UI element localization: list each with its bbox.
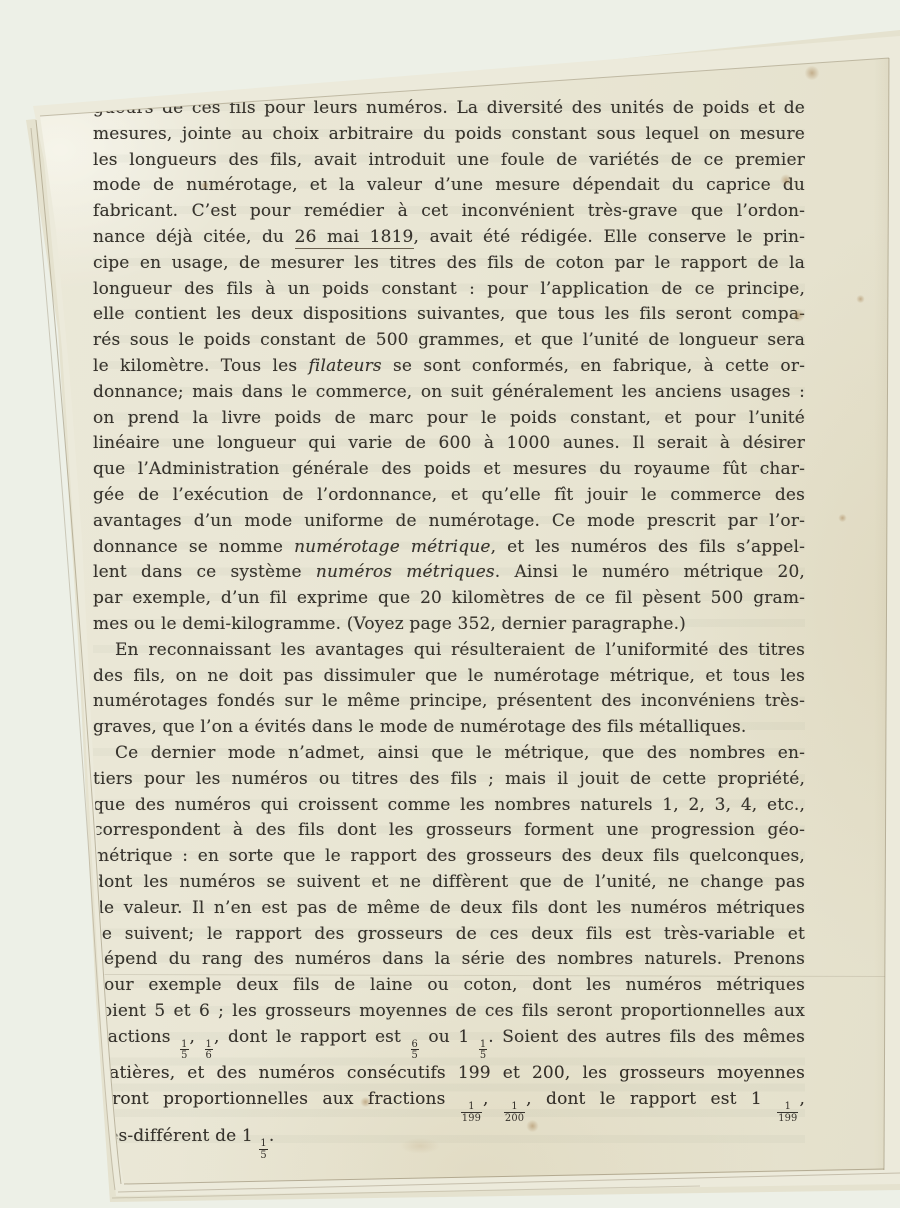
text-line: le kilomètre. Tous les filateurs se sont… [93,354,805,380]
text-line: En reconnaissant les avantages qui résul… [93,638,805,664]
text-line: les longueurs des fils, avait introduit … [93,148,805,174]
text-line: que l’Administration générale des poids … [93,457,805,483]
fraction: 15 [259,1139,267,1161]
text-line: se suivent; le rapport des grosseurs de … [93,922,805,948]
foxing-spot [838,514,847,522]
text-line: on prend la livre poids de marc pour le … [93,406,805,432]
text-line: correspondent à des fils dont les grosse… [93,818,805,844]
text-line: lent dans ce système numéros métriques. … [93,560,805,586]
text-line: fractions 15, 16, dont le rapport est 65… [93,1025,805,1062]
text-line: de valeur. Il n’en est pas de même de de… [93,896,805,922]
foxing-spot [526,1120,539,1132]
foxing-spot [856,295,865,303]
text-line: linéaire une longueur qui varie de 600 à… [93,431,805,457]
text-line: matières, et des numéros consécutifs 199… [93,1061,805,1087]
text-line: mesures, jointe au choix arbitraire du p… [93,122,805,148]
text-line: tiers pour les numéros ou titres des fil… [93,767,805,793]
text-line: fabricant. C’est pour remédier à cet inc… [93,199,805,225]
fraction: 15 [180,1040,188,1062]
text-line: numérotages fondés sur le même principe,… [93,689,805,715]
text-line: des fils, on ne doit pas dissimuler que … [93,664,805,690]
book-page: ( 12 ) gueurs de ces fils pour leurs num… [0,0,900,1208]
text-line: mes ou le demi-kilogramme. (Voyez page 3… [93,612,805,638]
page-text: gueurs de ces fils pour leurs numéros. L… [93,96,805,1160]
text-line: que des numéros qui croissent comme les … [93,793,805,819]
foxing-spot [360,1097,371,1107]
foxing-spot [200,181,210,190]
text-line: donnance; mais dans le commerce, on suit… [93,380,805,406]
text-line: avantages d’un mode uniforme de numérota… [93,509,805,535]
text-line: longueur des fils à un poids constant : … [93,277,805,303]
foxing-spot [780,174,792,186]
text-line: dépend du rang des numéros dans la série… [93,947,805,973]
text-line: soient 5 et 6 ; les grosseurs moyennes d… [93,999,805,1025]
text-line: graves, que l’on a évités dans le mode d… [93,715,805,741]
text-line: dont les numéros se suivent et ne diffèr… [93,870,805,896]
text-line: seront proportionnelles aux fractions 11… [93,1087,805,1124]
pen-underlined-text: 26 mai 1819 [295,227,414,249]
text-line: pour exemple deux fils de laine ou coton… [93,973,805,999]
scanned-book-photo: ( 12 ) gueurs de ces fils pour leurs num… [0,0,900,1208]
fraction: 16 [205,1040,213,1062]
fraction: 1200 [504,1102,525,1124]
text-line: très-différent de 1 15. [93,1124,805,1161]
fraction: 15 [479,1040,487,1062]
paper-stain [400,1138,440,1154]
fraction: 1199 [777,1102,798,1124]
fraction: 65 [411,1040,419,1062]
text-line: donnance se nomme numérotage métrique, e… [93,535,805,561]
italic-text: filateurs [308,356,381,376]
text-line: elle contient les deux dispositions suiv… [93,302,805,328]
foxing-spot [804,66,820,80]
text-line: Ce dernier mode n’admet, ainsi que le mé… [93,741,805,767]
italic-text: numérotage métrique [294,537,490,557]
text-line: nance déjà citée, du 26 mai 1819, avait … [93,225,805,251]
text-line: par exemple, d’un fil exprime que 20 kil… [93,586,805,612]
fraction: 1199 [461,1102,482,1124]
text-line: cipe en usage, de mesurer les titres des… [93,251,805,277]
text-line: rés sous le poids constant de 500 gramme… [93,328,805,354]
foxing-spot [791,309,805,322]
italic-text: numéros métriques [316,562,495,582]
text-line: métrique : en sorte que le rapport des g… [93,844,805,870]
text-line: gée de l’exécution de l’ordonnance, et q… [93,483,805,509]
